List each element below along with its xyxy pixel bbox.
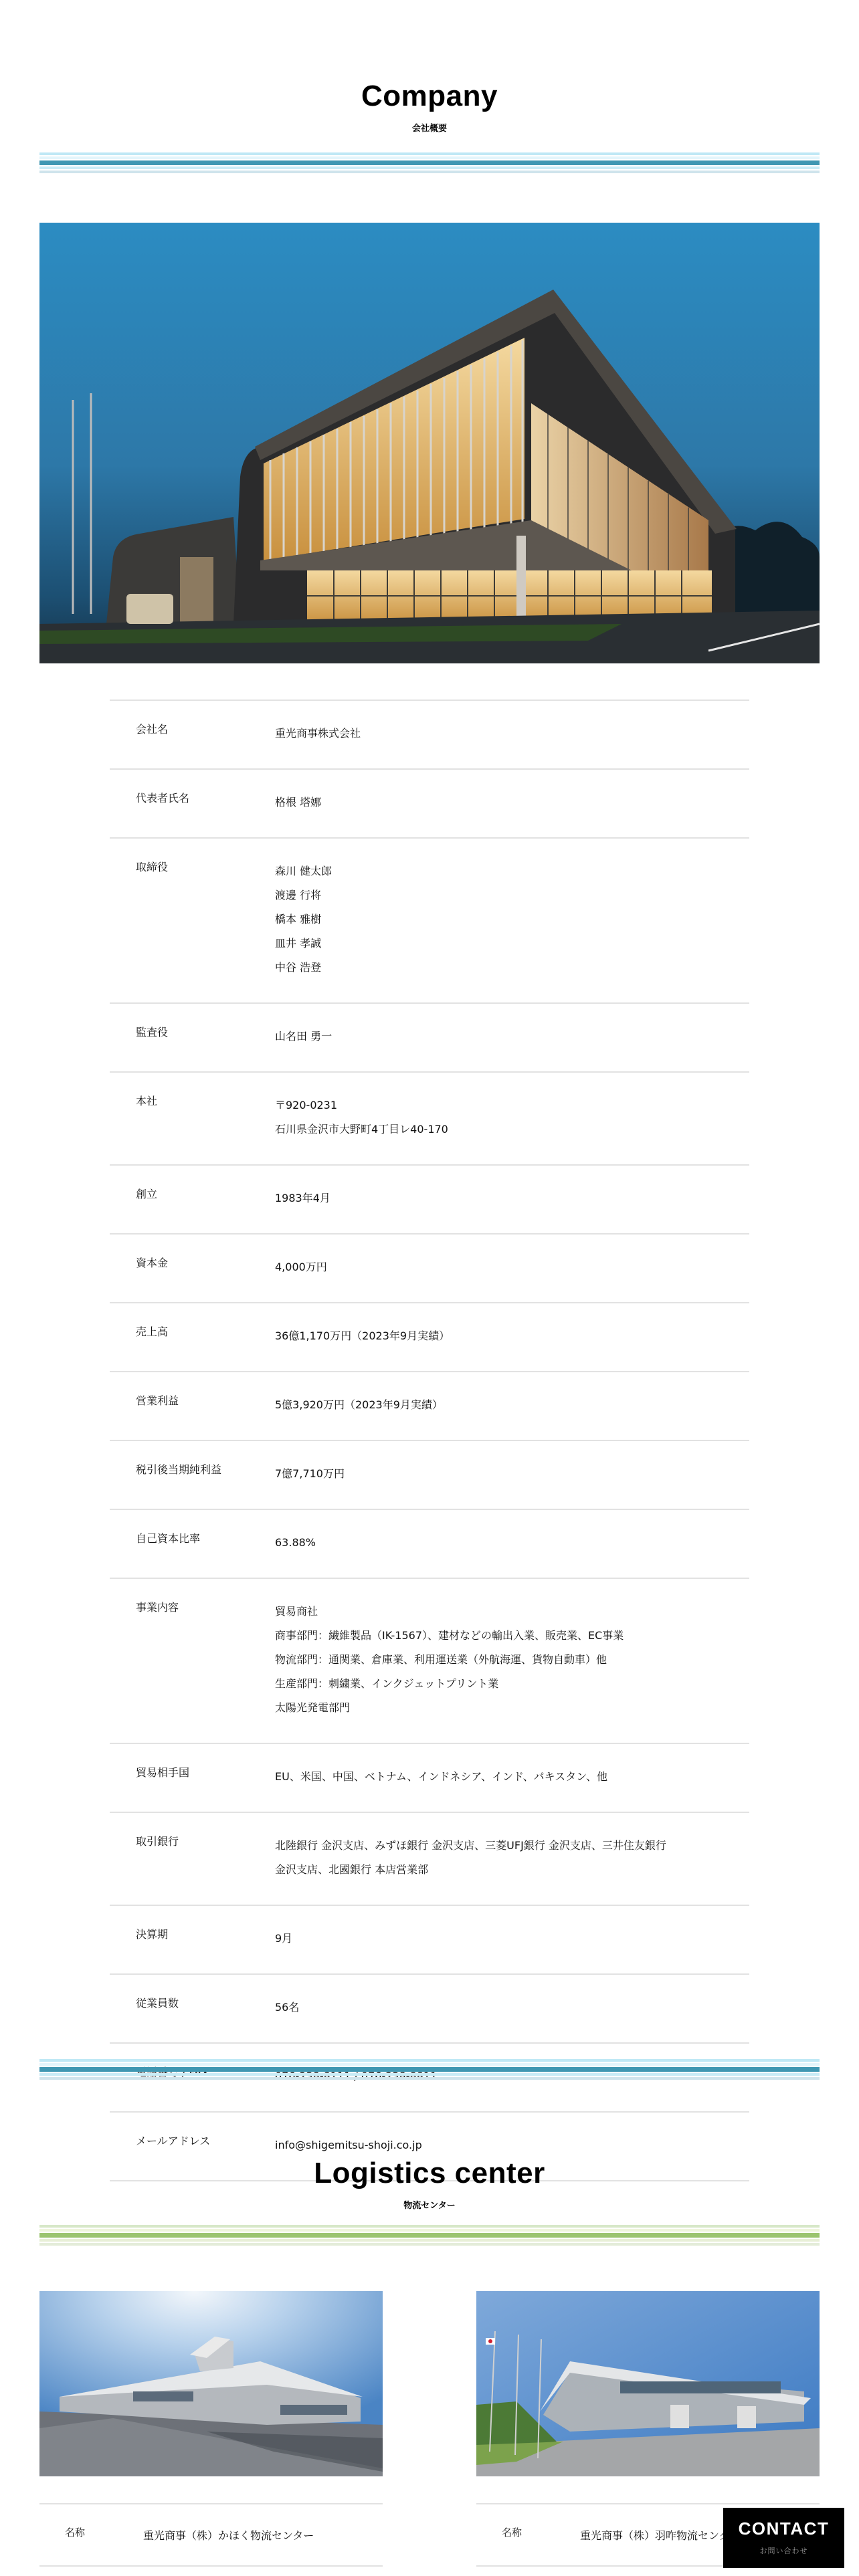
info-row-representative: 代表者氏名 格根 塔娜 [110, 770, 749, 839]
logistics-stripe-divider [39, 2225, 820, 2248]
info-label: 会社名 [110, 721, 275, 746]
info-value: 4,000万円 [275, 1255, 749, 1279]
info-label: 資本金 [110, 1255, 275, 1279]
info-label: 自己資本比率 [110, 1530, 275, 1555]
logistics-title: Logistics center [0, 2159, 859, 2188]
info-row-banks: 取引銀行 北陸銀行 金沢支店、みずほ銀行 金沢支店、三菱UFJ銀行 金沢支店、三… [110, 1813, 749, 1906]
logistics-section-header: Logistics center 物流センター [0, 2159, 859, 2210]
info-row-sales: 売上高 36億1,170万円（2023年9月実績） [110, 1303, 749, 1372]
contact-button[interactable]: CONTACT お問い合わせ [723, 2508, 844, 2568]
center-name-label: 名称 [39, 2525, 143, 2539]
kahoku-info-row: 名称 重光商事（株）かほく物流センター [39, 2503, 383, 2567]
info-value: 36億1,170万円（2023年9月実績） [275, 1324, 749, 1348]
kahoku-warehouse-photo [39, 2291, 383, 2476]
info-label: 取締役 [110, 859, 275, 980]
info-value: 格根 塔娜 [275, 790, 749, 815]
contact-title: CONTACT [723, 2520, 844, 2537]
center-name-value: 重光商事（株）羽咋物流センター [580, 2527, 740, 2543]
info-row-employees: 従業員数 56名 [110, 1975, 749, 2044]
info-row-fiscal-period: 決算期 9月 [110, 1906, 749, 1975]
info-row-net-income: 税引後当期純利益 7億7,710万円 [110, 1441, 749, 1510]
info-label: 監査役 [110, 1024, 275, 1049]
info-value: 5億3,920万円（2023年9月実績） [275, 1393, 749, 1417]
info-label: メールアドレス [110, 2133, 275, 2157]
logistics-subtitle: 物流センター [0, 2202, 859, 2210]
info-label: 従業員数 [110, 1995, 275, 2020]
center-name-value: 重光商事（株）かほく物流センター [143, 2527, 314, 2543]
info-label: 創立 [110, 1186, 275, 1210]
info-value: 56名 [275, 1996, 749, 2020]
info-value: 7億7,710万円 [275, 1462, 749, 1486]
company-section-header: Company 会社概要 [0, 82, 859, 133]
info-value: 山名田 勇一 [275, 1025, 749, 1049]
info-value: info@shigemitsu-shoji.co.jp [275, 2133, 749, 2157]
info-label: 売上高 [110, 1323, 275, 1348]
email-link[interactable]: info@shigemitsu-shoji.co.jp [275, 2133, 749, 2157]
info-row-capital: 資本金 4,000万円 [110, 1235, 749, 1303]
hakui-warehouse-photo [476, 2291, 820, 2476]
info-label: 事業内容 [110, 1599, 275, 1720]
info-value: EU、米国、中国、ベトナム、インドネシア、インド、パキスタン、他 [275, 1765, 749, 1789]
info-row-directors: 取締役 森川 健太郎 渡邊 行将 橋本 雅樹 皿井 孝誠 中谷 浩登 [110, 839, 749, 1004]
info-value: 63.88% [275, 1531, 749, 1555]
info-value: 〒920-0231 石川県金沢市大野町4丁目レ40-170 [275, 1093, 749, 1142]
info-value: 森川 健太郎 渡邊 行将 橋本 雅樹 皿井 孝誠 中谷 浩登 [275, 859, 749, 980]
info-label: 代表者氏名 [110, 790, 275, 815]
info-row-trade-partners: 貿易相手国 EU、米国、中国、ベトナム、インドネシア、インド、パキスタン、他 [110, 1744, 749, 1813]
info-label: 決算期 [110, 1926, 275, 1951]
headquarters-photo [39, 223, 820, 663]
info-label: 本社 [110, 1093, 275, 1142]
logistics-card-kahoku: 名称 重光商事（株）かほく物流センター [39, 2291, 383, 2567]
info-value: 北陸銀行 金沢支店、みずほ銀行 金沢支店、三菱UFJ銀行 金沢支店、三井住友銀行… [275, 1834, 749, 1882]
info-row-auditor: 監査役 山名田 勇一 [110, 1004, 749, 1073]
info-label: 取引銀行 [110, 1833, 275, 1882]
section-stripe-divider [39, 2059, 820, 2082]
building-illustration [39, 223, 820, 663]
info-row-founded: 創立 1983年4月 [110, 1166, 749, 1235]
info-row-company-name: 会社名 重光商事株式会社 [110, 701, 749, 770]
info-row-business: 事業内容 貿易商社 商事部門：繊維製品（IK-1567）、建材などの輸出入業、販… [110, 1579, 749, 1744]
center-name-label: 名称 [476, 2525, 580, 2539]
company-stripe-divider [39, 152, 820, 175]
company-title: Company [0, 82, 859, 111]
info-value: 9月 [275, 1927, 749, 1951]
info-row-headquarters: 本社 〒920-0231 石川県金沢市大野町4丁目レ40-170 [110, 1073, 749, 1166]
info-value: 貿易商社 商事部門：繊維製品（IK-1567）、建材などの輸出入業、販売業、EC… [275, 1600, 749, 1720]
contact-subtitle: お問い合わせ [723, 2545, 844, 2556]
info-value: 1983年4月 [275, 1186, 749, 1210]
info-row-equity-ratio: 自己資本比率 63.88% [110, 1510, 749, 1579]
info-value: 重光商事株式会社 [275, 722, 749, 746]
info-label: 営業利益 [110, 1392, 275, 1417]
info-row-operating-profit: 営業利益 5億3,920万円（2023年9月実績） [110, 1372, 749, 1441]
info-label: 税引後当期純利益 [110, 1461, 275, 1486]
info-label: 貿易相手国 [110, 1764, 275, 1789]
company-subtitle: 会社概要 [0, 124, 859, 133]
company-info-table: 会社名 重光商事株式会社 代表者氏名 格根 塔娜 取締役 森川 健太郎 渡邊 行… [110, 700, 749, 2181]
